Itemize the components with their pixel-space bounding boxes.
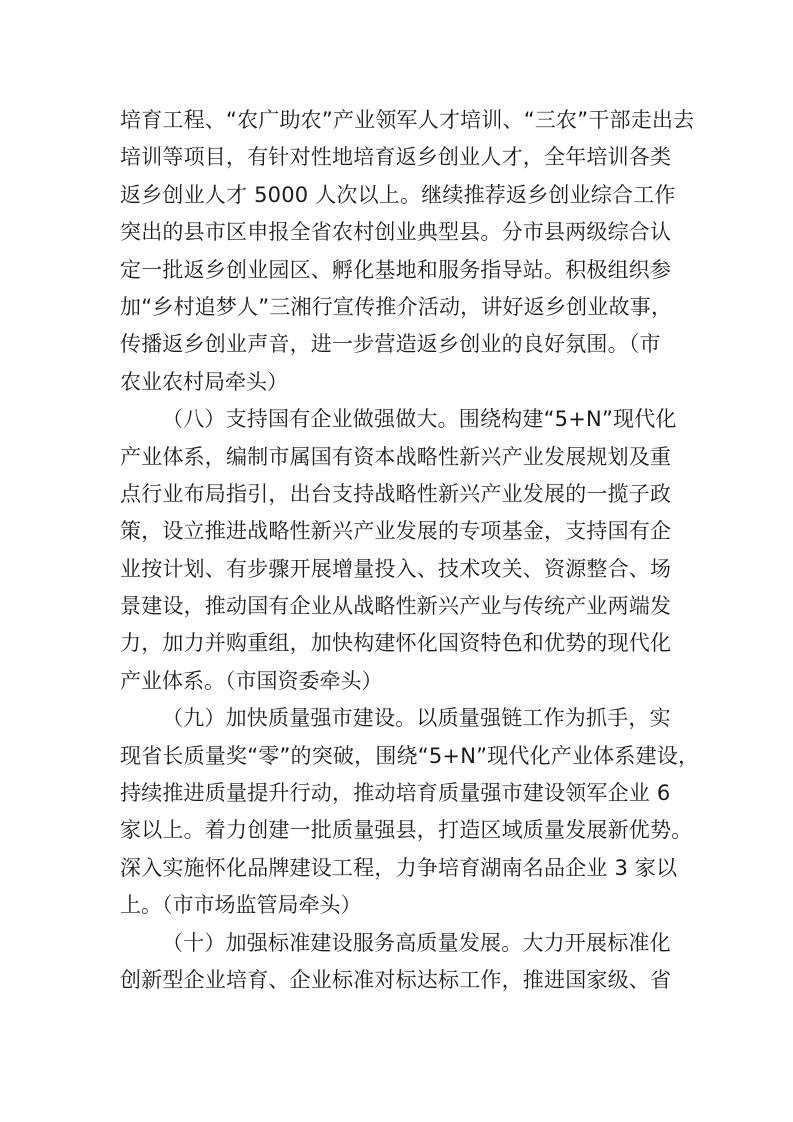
text-line: 突出的县市区申报全省农村创业典型县。分市县两级综合认	[120, 214, 673, 251]
text-line: 现省长质量奖“零”的突破，围绕“5+N”现代化产业体系建设，	[120, 738, 673, 775]
text-line: 培育工程、“农广助农”产业领军人才培训、“三农”干部走出去	[120, 102, 673, 139]
text-line: 产业体系，编制市属国有资本战略性新兴产业发展规划及重	[120, 439, 673, 476]
text-line: （九）加快质量强市建设。以质量强链工作为抓手，实	[120, 700, 673, 737]
text-line: 策，设立推进战略性新兴产业发展的专项基金，支持国有企	[120, 513, 673, 550]
text-line: 上。（市市场监管局牵头）	[120, 887, 673, 924]
text-line: 家以上。着力创建一批质量强县，打造区域质量发展新优势。	[120, 812, 673, 849]
text-line: 传播返乡创业声音，进一步营造返乡创业的良好氛围。（市	[120, 326, 673, 363]
text-line: 返乡创业人才 5000 人次以上。继续推荐返乡创业综合工作	[120, 177, 673, 214]
text-line: 业按计划、有步骤开展增量投入、技术攻关、资源整合、场	[120, 551, 673, 588]
text-line: 景建设，推动国有企业从战略性新兴产业与传统产业两端发	[120, 588, 673, 625]
text-line: （十）加强标准建设服务高质量发展。大力开展标准化	[120, 925, 673, 962]
text-line: 产业体系。（市国资委牵头）	[120, 663, 673, 700]
document-text-block: 培育工程、“农广助农”产业领军人才培训、“三农”干部走出去培训等项目，有针对性地…	[120, 102, 673, 999]
text-line: 创新型企业培育、企业标准对标达标工作，推进国家级、省	[120, 962, 673, 999]
text-line: （八）支持国有企业做强做大。围绕构建“5+N”现代化	[120, 401, 673, 438]
text-line: 深入实施怀化品牌建设工程，力争培育湖南名品企业 3 家以	[120, 850, 673, 887]
text-line: 力，加力并购重组，加快构建怀化国资特色和优势的现代化	[120, 625, 673, 662]
text-line: 点行业布局指引，出台支持战略性新兴产业发展的一揽子政	[120, 476, 673, 513]
text-line: 定一批返乡创业园区、孵化基地和服务指导站。积极组织参	[120, 252, 673, 289]
text-line: 加“乡村追梦人”三湘行宣传推介活动，讲好返乡创业故事，	[120, 289, 673, 326]
text-line: 培训等项目，有针对性地培育返乡创业人才，全年培训各类	[120, 139, 673, 176]
document-page: 培育工程、“农广助农”产业领军人才培训、“三农”干部走出去培训等项目，有针对性地…	[0, 0, 793, 1122]
text-line: 持续推进质量提升行动，推动培育质量强市建设领军企业 6	[120, 775, 673, 812]
text-line: 农业农村局牵头）	[120, 364, 673, 401]
